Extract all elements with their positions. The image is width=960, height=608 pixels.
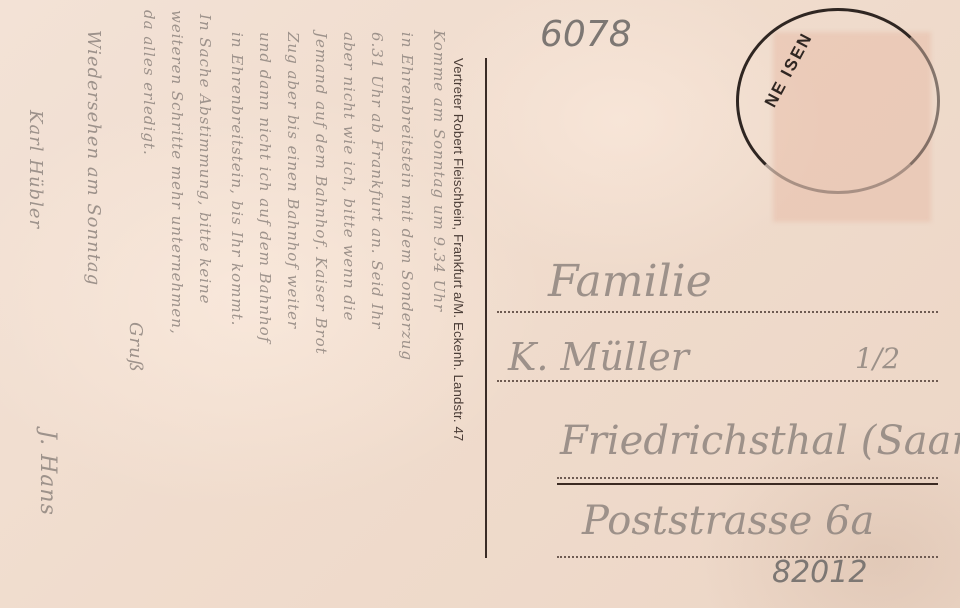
message-line: da alles erledigt. — [140, 10, 158, 156]
message-line: aber nicht wie ich, bitte wenn die — [340, 32, 358, 322]
address-line-4: Poststrasse 6a — [582, 498, 874, 544]
address-line-2-extra: 1/2 — [855, 342, 900, 375]
message-signature-2: J. Hans — [35, 430, 60, 516]
address-rule-2 — [497, 380, 938, 382]
address-rule-4 — [557, 556, 938, 558]
address-rule-3-solid — [557, 483, 938, 485]
message-signature-1: Karl Hübler — [25, 110, 46, 229]
pencil-note-bottom: 82012 — [772, 555, 867, 590]
pencil-note-top: 6078 — [540, 14, 632, 55]
address-line-1: Familie — [548, 256, 712, 307]
message-line: weiteren Schritte mehr unternehmen, — [168, 10, 186, 335]
message-line: Jemand auf dem Bahnhof. Kaiser Brot — [312, 32, 330, 355]
address-line-3: Friedrichsthal (Saar) — [560, 418, 960, 464]
center-divider — [485, 58, 487, 558]
printed-caption: Vertreter Robert Fleischbein, Frankfurt … — [451, 58, 466, 441]
address-rule-3-dotted — [557, 477, 938, 479]
message-line: in Ehrenbreitstein mit dem Sonderzug — [398, 32, 416, 361]
postcard: NE ISEN 6078 82012 Vertreter Robert Flei… — [0, 0, 960, 608]
message-line: Gruß — [125, 322, 146, 373]
message-line: in Ehrenbreitstein, bis Ihr kommt. — [228, 32, 246, 326]
message-line: Komme am Sonntag um 9.34 Uhr — [430, 30, 448, 312]
message-line: Wiedersehen am Sonntag — [83, 30, 104, 286]
message-line: Zug aber bis einen Bahnhof weiter — [284, 32, 302, 329]
address-rule-1 — [497, 311, 938, 313]
message-line: In Sache Abstimmung, bitte keine — [196, 14, 214, 305]
message-line: und dann nicht ich auf dem Bahnhof — [256, 32, 274, 343]
address-line-2: K. Müller — [508, 335, 689, 379]
message-line: 6.31 Uhr ab Frankfurt an. Seid Ihr — [368, 32, 386, 329]
